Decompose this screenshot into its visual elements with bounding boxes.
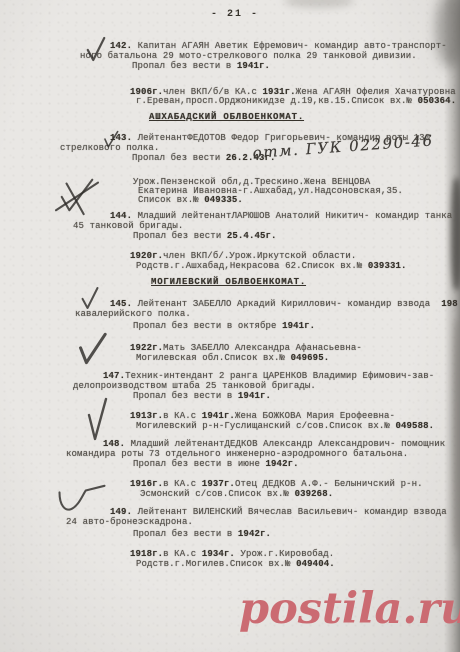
text-line: 1922г.Мать ЗАБЕЛЛО Александра Афанасьевн… (130, 343, 362, 353)
text-line: 24 авто-бронеэскадрона. (66, 517, 193, 527)
page-number: - 21 - (211, 9, 259, 20)
text-line: делопроизводством штаба 25 танковой бриг… (73, 381, 316, 391)
text-line: г.Ереван,просп.Орджоникидзе д.19,кв.15.С… (136, 96, 456, 106)
text-line: 142. Капитан АГАЯН Аветик Ефремович- ком… (110, 41, 447, 51)
text-line: 145. Лейтенант ЗАБЕЛЛО Аркадий Кириллови… (110, 299, 458, 309)
text-line: Пропал без вести в октябре 1941г. (133, 321, 315, 331)
text-line: Родств.г.Могилев.Список вх.№ 049404. (136, 559, 335, 569)
text-line: 1913г.в КА.с 1941г.Жена БОЖКОВА Мария Ер… (130, 411, 395, 421)
checkmark-icon (85, 396, 109, 442)
text-line: Пропал без вести в 1941г. (133, 391, 271, 401)
text-line: командира роты 73 отдельного инженерно-а… (66, 449, 408, 459)
section-header-mogilev: МОГИЛЕВСКИЙ ОБЛВОЕНКОМАТ. (151, 277, 306, 287)
text-line: ного батальона 29 мото-стрелкового полка… (80, 51, 417, 61)
text-line: 147.Техник-интендант 2 ранга ЦАРЕНКОВ Вл… (103, 371, 434, 381)
checkmark-icon (80, 283, 100, 313)
checkmark-icon (102, 126, 120, 151)
checkmark-icon (85, 35, 107, 63)
text-line: 148. Младший лейтенантДЕДКОВ Александр А… (103, 439, 445, 449)
text-line: Могилевский р-н-Гуслищанский с/сов.Списо… (136, 421, 434, 431)
crossed-checkmark-icon (54, 174, 100, 216)
text-line: Пропал без вести в 1942г. (133, 529, 271, 539)
text-line: Список вх.№ 049335. (138, 195, 243, 205)
text-line: Пропал без вести в 1941г. (132, 61, 270, 71)
text-line: 1920г.член ВКП/б/.Урож.Иркутской области… (130, 251, 356, 261)
text-line: 1916г.в КА.с 1937г.Отец ДЕДКОВ А.Ф.- Бел… (130, 479, 423, 489)
text-line: Пропал без вести 25.4.45г. (133, 231, 277, 241)
text-line: 149. Лейтенант ВИЛЕНСКИЙ Вячеслав Василь… (110, 507, 447, 517)
scanned-document-page: - 21 -142. Капитан АГАЯН Аветик Ефремови… (0, 0, 460, 652)
text-line: Пропал без вести в июне 1942г. (133, 459, 299, 469)
text-line: Родств.г.Ашхабад,Некрасова 62.Список вх.… (136, 261, 407, 271)
text-line: 45 танковой бригады. (73, 221, 183, 231)
scan-smudge (284, 0, 354, 8)
watermark: postila.ru (239, 584, 460, 634)
checkmark-icon (69, 327, 115, 370)
text-line: Могилевская обл.Список вх.№ 049695. (136, 353, 329, 363)
text-line: 144. Младший лейтенантЛАРЮШОВ Анатолий Н… (110, 211, 452, 221)
text-line: Эсмонский с/сов.Список вх.№ 039268. (140, 489, 333, 499)
text-line: 1918г.в КА.с 1934г. Урож.г.Кировобад. (130, 549, 334, 559)
checkmark-icon (57, 483, 107, 513)
section-header-ashkhabad: АШХАБАДСКИЙ ОБЛВОЕНКОМАТ. (149, 112, 304, 122)
